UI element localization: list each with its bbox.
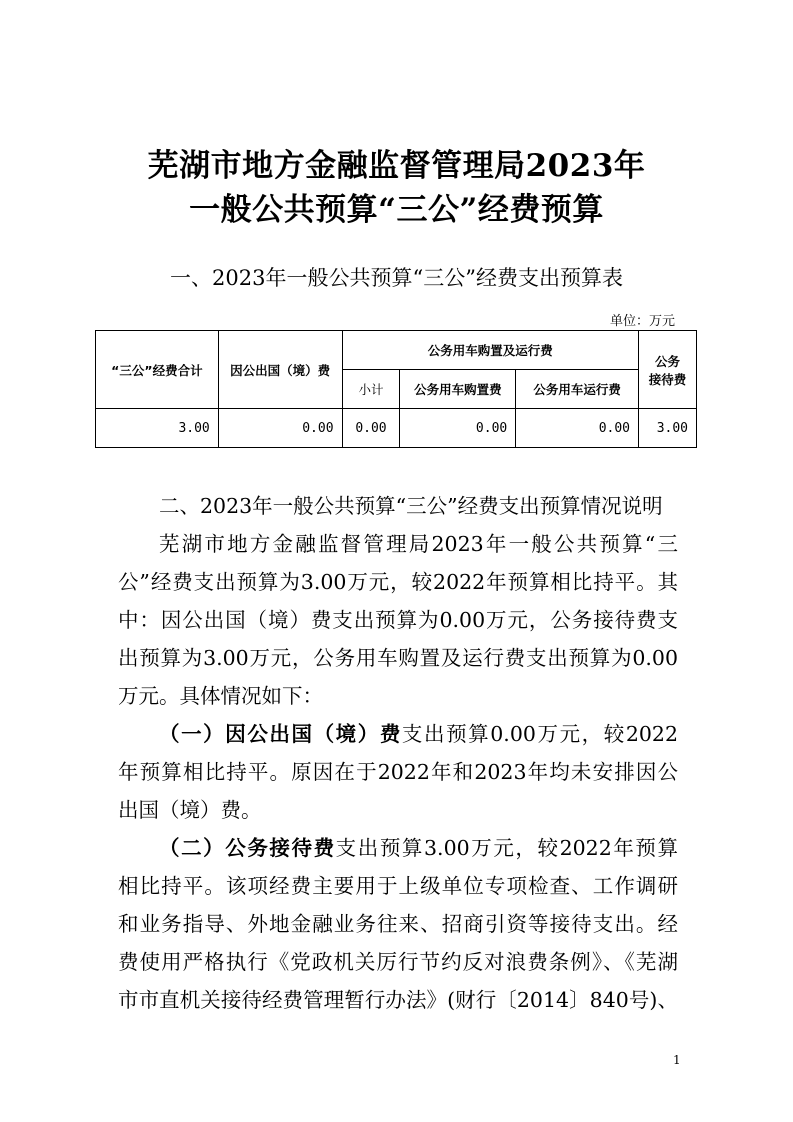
item2-line: 和业务指导、外地金融业务往来、招商引资等接待支出。经 — [118, 905, 678, 943]
para1-line: 出预算为3.00万元，公务用车购置及运行费支出预算为0.00 — [118, 639, 678, 677]
cell-overseas: 0.00 — [218, 409, 342, 448]
item2-label: （二）公务接待费 — [159, 836, 336, 860]
item1-line1: （一）因公出国（境）费支出预算0.00万元，较2022 — [118, 715, 678, 753]
item2-line1: （二）公务接待费支出预算3.00万元，较2022年预算 — [118, 829, 678, 867]
header-overseas: 因公出国（境）费 — [218, 331, 342, 409]
para1-line: 芜湖市地方金融监督管理局2023年一般公共预算“三 — [118, 525, 678, 563]
cell-vehicle-subtotal: 0.00 — [342, 409, 400, 448]
document-title-line2: 一般公共预算“三公”经费预算 — [0, 184, 793, 229]
header-reception: 公务 接待费 — [639, 331, 697, 409]
page-number: 1 — [673, 1053, 681, 1067]
section2-heading: 二、2023年一般公共预算“三公”经费支出预算情况说明 — [118, 487, 678, 525]
para1-line: 中：因公出国（境）费支出预算为0.00万元，公务接待费支 — [118, 601, 678, 639]
header-vehicle-group: 公务用车购置及运行费 — [342, 331, 638, 370]
item2-line: 相比持平。该项经费主要用于上级单位专项检查、工作调研 — [118, 867, 678, 905]
table-row: 3.00 0.00 0.00 0.00 0.00 3.00 — [96, 409, 697, 448]
section1-heading: 一、2023年一般公共预算“三公”经费支出预算表 — [0, 262, 793, 292]
item1-line2: 年预算相比持平。原因在于2022年和2023年均未安排因公 — [118, 753, 678, 791]
cell-vehicle-operation: 0.00 — [516, 409, 639, 448]
item2-line: 市市直机关接待经费管理暂行办法》(财行〔2014〕840号)、 — [118, 981, 678, 1019]
cell-reception: 3.00 — [639, 409, 697, 448]
item1-line1-rest: 支出预算0.00万元，较2022 — [402, 722, 678, 746]
header-reception-line1: 公务 — [655, 354, 680, 369]
header-reception-line2: 接待费 — [649, 372, 687, 387]
para1-line: 公”经费支出预算为3.00万元，较2022年预算相比持平。其 — [118, 563, 678, 601]
para1-line: 万元。具体情况如下： — [118, 677, 678, 715]
item2-line: 费使用严格执行《党政机关厉行节约反对浪费条例》、《芜湖 — [118, 943, 678, 981]
header-total: “三公”经费合计 — [96, 331, 219, 409]
header-vehicle-operation: 公务用车运行费 — [516, 370, 639, 409]
cell-vehicle-purchase: 0.00 — [400, 409, 516, 448]
cell-total: 3.00 — [96, 409, 219, 448]
header-vehicle-subtotal: 小计 — [342, 370, 400, 409]
unit-label: 单位：万元 — [610, 310, 675, 329]
header-vehicle-purchase: 公务用车购置费 — [400, 370, 516, 409]
document-title-line1: 芜湖市地方金融监督管理局2023年 — [0, 140, 793, 185]
section2: 二、2023年一般公共预算“三公”经费支出预算情况说明 芜湖市地方金融监督管理局… — [118, 487, 678, 1019]
budget-table: “三公”经费合计 因公出国（境）费 公务用车购置及运行费 公务 接待费 小计 公… — [95, 330, 697, 448]
item1-label: （一）因公出国（境）费 — [159, 722, 402, 746]
item1-line3: 出国（境）费。 — [118, 791, 678, 829]
item2-line1-rest: 支出预算3.00万元，较2022年预算 — [336, 836, 678, 860]
